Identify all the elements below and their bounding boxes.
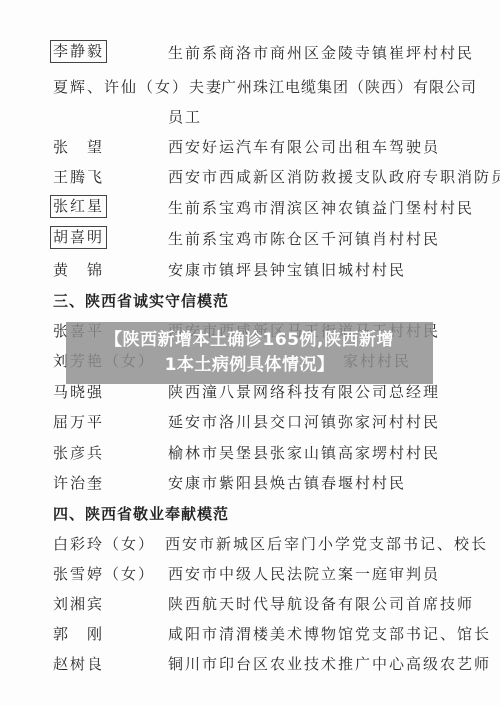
person-name: 张彦兵 [53,442,104,464]
section-heading: 四、陕西省敬业奉献模范 [53,503,229,524]
overlay-title: 【陕西新增本土确诊165例,陕西新增 1本土病例具体情况】 [66,328,433,378]
person-name: 王腾飞 [53,166,104,188]
person-name: 李静毅 [50,40,107,63]
person-name: 赵树良 [53,653,104,675]
person-desc: 西安市新城区后宰门小学党支部书记、校长 [165,533,488,555]
person-desc: 生前系宝鸡市渭滨区神农镇益门堡村村民 [168,197,474,219]
person-desc: 西安好运汽车有限公司出租车驾驶员 [168,136,440,158]
person-desc: 生前系宝鸡市陈仓区千河镇肖村村民 [168,228,440,250]
person-name: 夏辉、许仙（女）夫妻 [53,76,223,98]
person-name: 许治奎 [53,472,104,494]
person-desc: 咸阳市清渭楼美术博物馆党支部书记、馆长 [168,623,491,645]
overlay-title-line-1: 【陕西新增本土确诊165例,陕西新增 [66,328,433,353]
person-desc: 西安市中级人民法院立案一庭审判员 [168,563,440,585]
person-name: 张 望 [53,136,104,158]
overlay-title-line-2: 1本土病例具体情况】 [66,353,433,378]
person-name: 张红星 [50,195,107,218]
person-desc: 陕西潼八景网络科技有限公司总经理 [168,381,440,403]
person-name: 马晓强 [53,381,104,403]
person-desc: 生前系商洛市商州区金陵寺镇崔坪村村民 [168,42,474,64]
document-page: 李静毅 生前系商洛市商州区金陵寺镇崔坪村村民 夏辉、许仙（女）夫妻 广州珠江电缆… [0,0,500,706]
person-desc: 员工 [168,106,202,128]
person-desc: 安康市紫阳县焕古镇春堰村村民 [168,472,406,494]
person-desc: 铜川市印台区农业技术推广中心高级农艺师 [168,653,491,675]
title-overlay-banner: 【陕西新增本土确诊165例,陕西新增 1本土病例具体情况】 [66,322,433,384]
person-name: 白彩玲（女） [53,533,155,555]
person-name: 黄 锦 [53,259,104,281]
person-name: 刘湘宾 [53,593,104,615]
person-desc: 延安市洛川县交口河镇弥家河村村民 [168,411,440,433]
person-name: 张雪婷（女） [53,563,155,585]
person-name: 胡喜明 [50,226,107,249]
person-desc: 广州珠江电缆集团（陕西）有限公司 [221,76,477,98]
person-name: 郭 刚 [53,623,104,645]
person-desc: 西安市西咸新区消防救援支队政府专职消防员 [168,166,500,188]
section-heading: 三、陕西省诚实守信模范 [53,290,229,311]
person-name: 屈万平 [53,411,104,433]
person-desc: 陕西航天时代导航设备有限公司首席技师 [168,593,474,615]
person-desc: 安康市镇坪县钟宝镇旧城村村民 [168,259,406,281]
person-desc: 榆林市吴堡县张家山镇高家塄村村民 [168,442,440,464]
